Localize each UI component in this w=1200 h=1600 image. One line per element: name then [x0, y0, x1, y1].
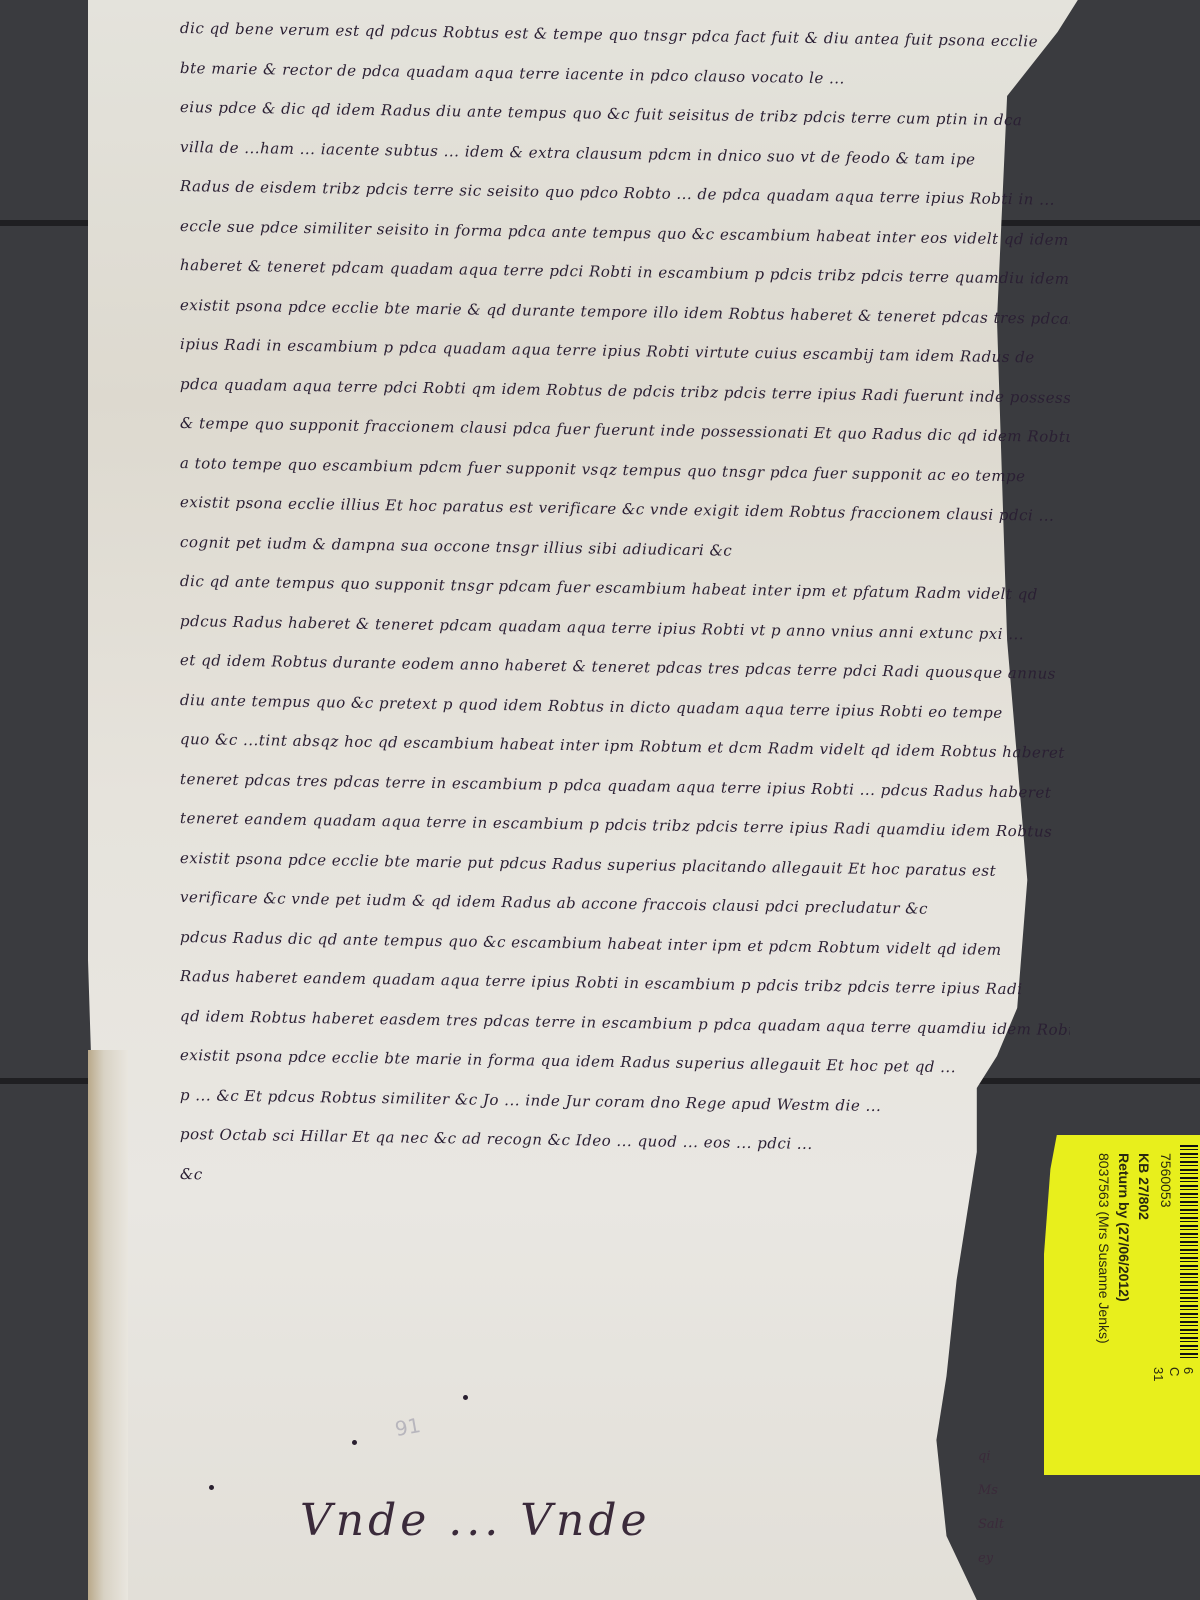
right-margin-notes: qi Ms Salt ey	[978, 1440, 1008, 1576]
label-side-code: 31	[1151, 1367, 1166, 1381]
parchment-folded-edge	[88, 1050, 128, 1600]
label-barcode-number: 7560053	[1158, 1153, 1174, 1208]
archive-request-label: 7560053 KB 27/802 Return by (27/06/2012)…	[1044, 1135, 1200, 1475]
ink-dot	[209, 1485, 214, 1490]
margin-note: Salt	[978, 1508, 1008, 1542]
clerk-signature: Vnde ... Vnde	[300, 1495, 651, 1546]
ink-dot	[352, 1440, 357, 1445]
label-reader: 8037563 (Mrs Susanne Jenks)	[1096, 1153, 1112, 1344]
ink-dot	[463, 1395, 468, 1400]
margin-note: qi	[978, 1440, 1008, 1474]
label-reference: KB 27/802	[1136, 1153, 1152, 1220]
manuscript-text-block: dic qd bene verum est qd pdcus Robtus es…	[180, 8, 1070, 1193]
label-side-code: C	[1167, 1367, 1182, 1376]
barcode-icon	[1180, 1145, 1198, 1360]
label-return-by: Return by (27/06/2012)	[1116, 1153, 1132, 1302]
margin-note: Ms	[978, 1474, 1008, 1508]
pencil-folio-number: 91	[393, 1413, 422, 1441]
label-side-code: 6	[1181, 1367, 1196, 1374]
margin-note: ey	[978, 1542, 1008, 1576]
